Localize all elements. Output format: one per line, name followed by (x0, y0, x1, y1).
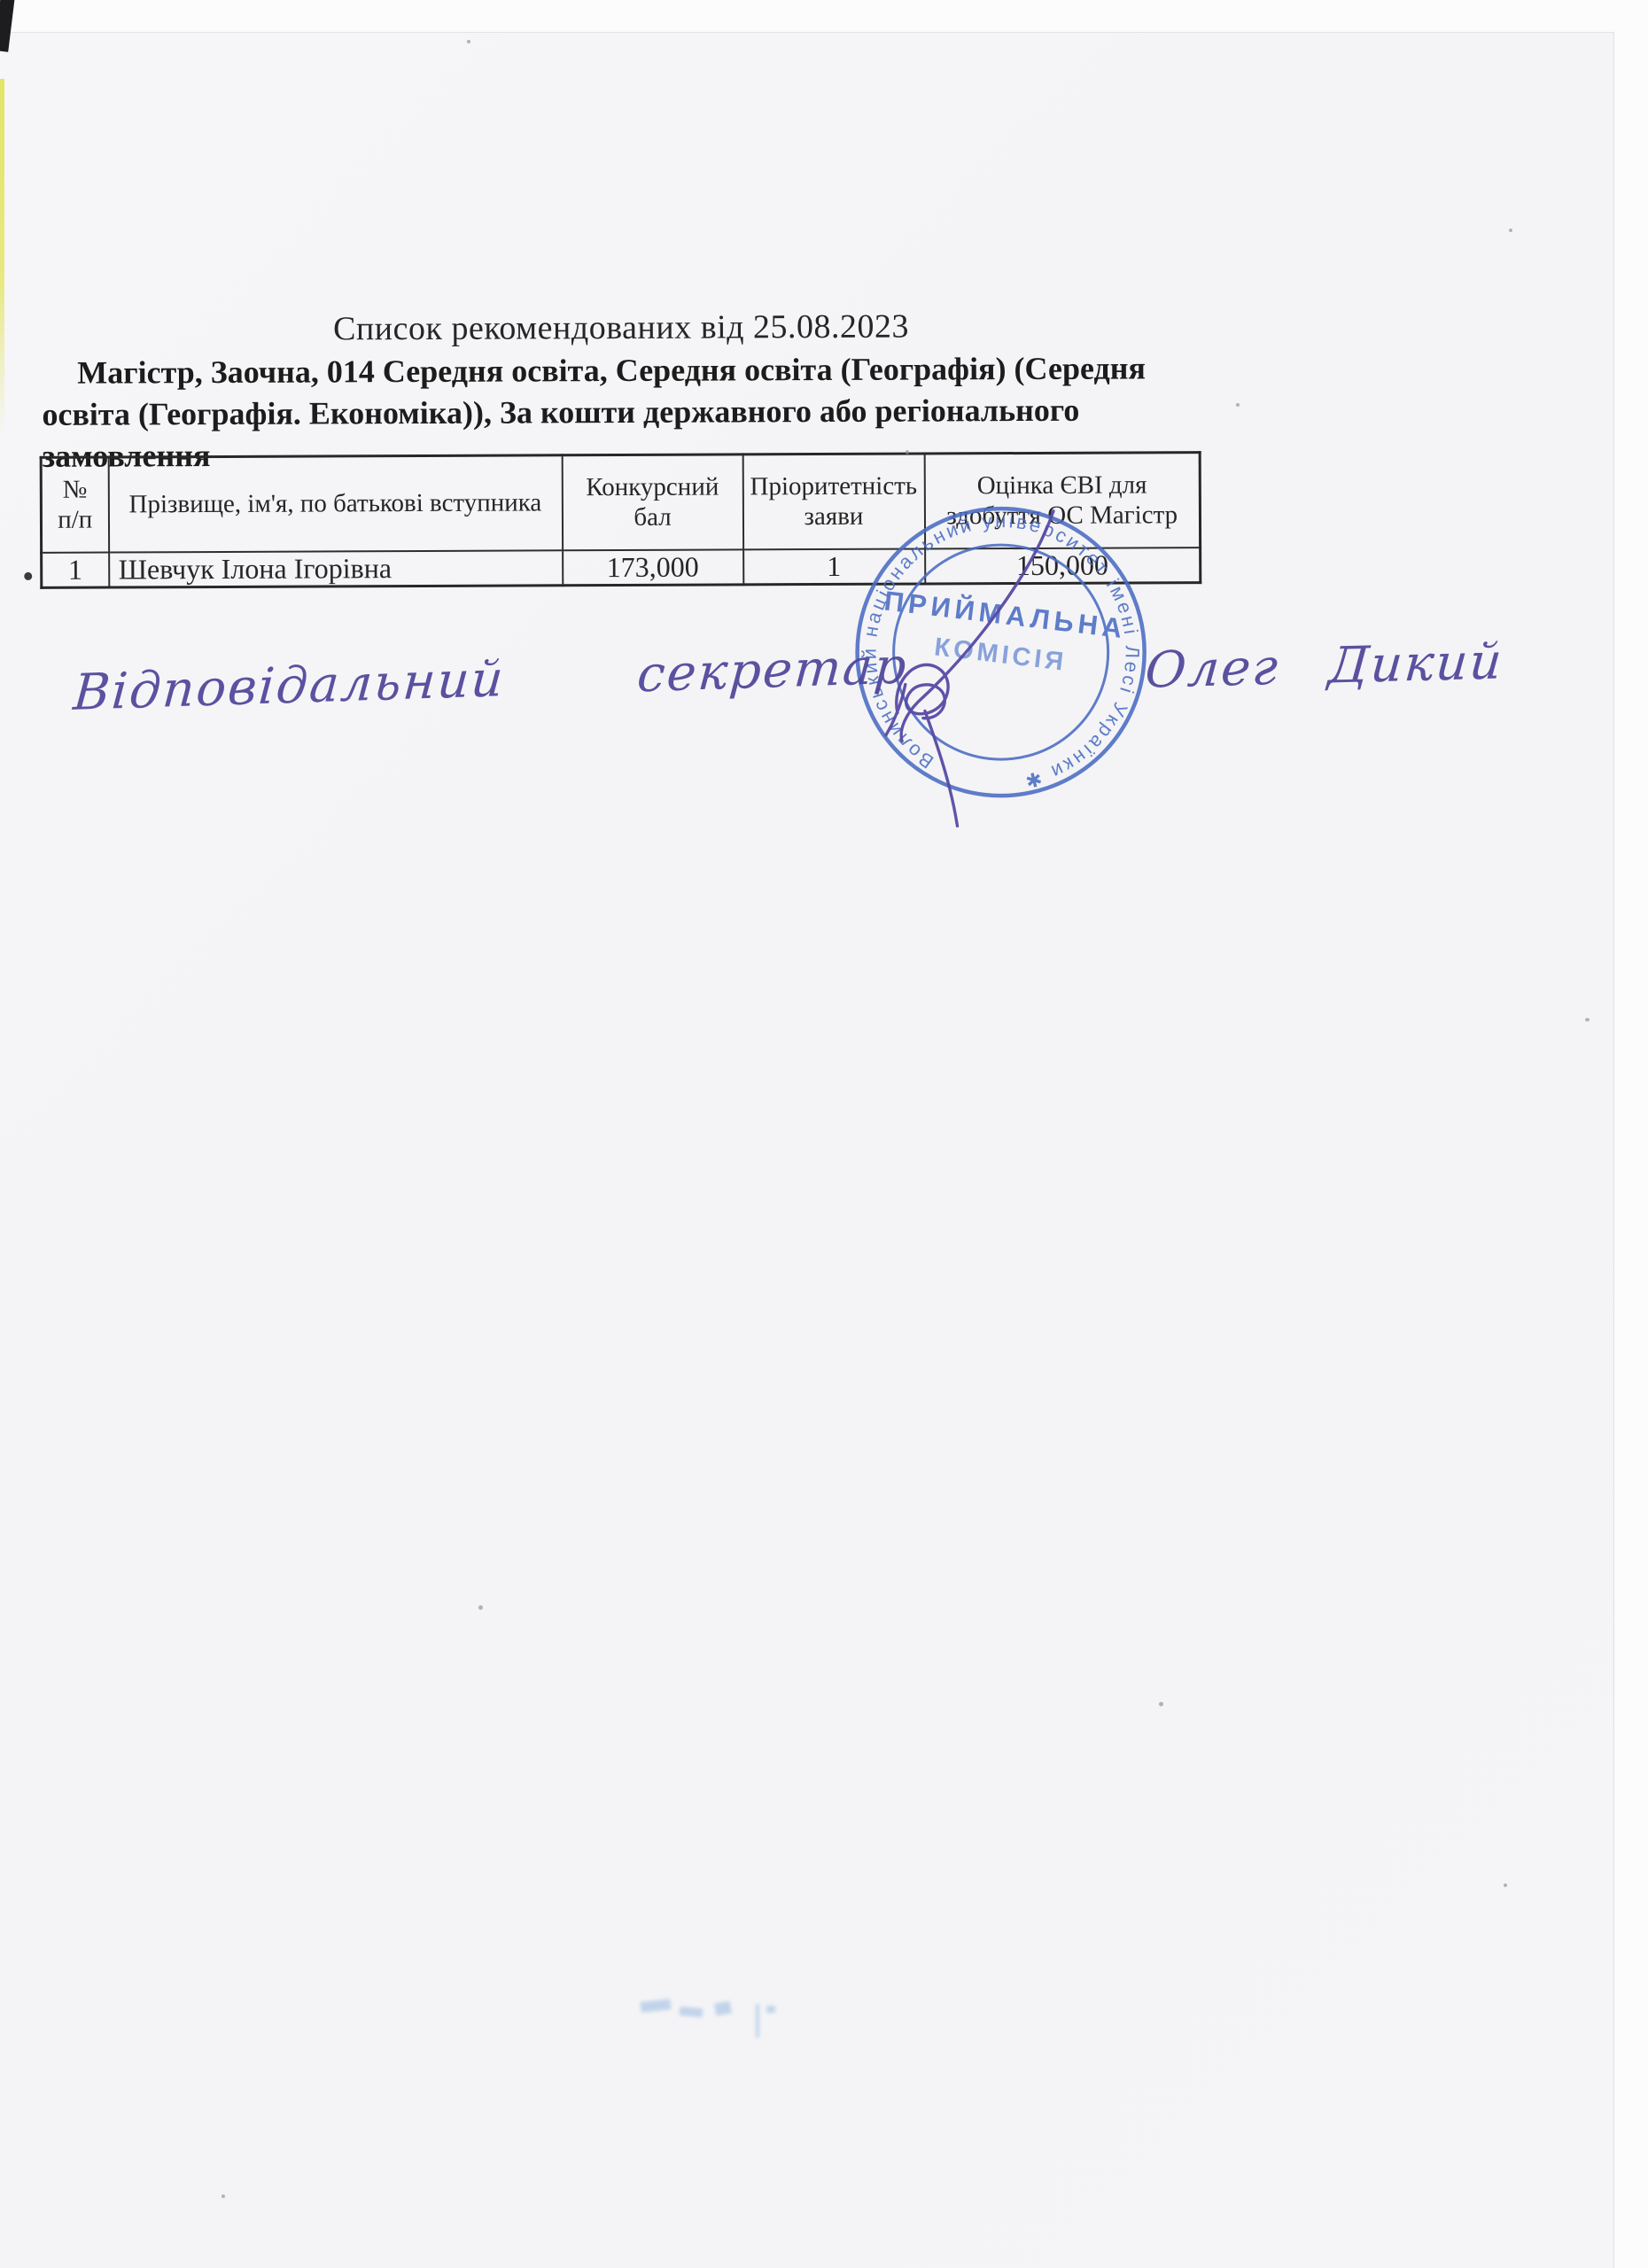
dust-speck (478, 1605, 483, 1610)
col-header-name-line1: Прізвище, ім'я, по батькові вступника (109, 488, 561, 520)
dust-speck (222, 2194, 225, 2198)
subtitle-line-1: Магістр, Заочна, 014 Середня освіта, Сер… (42, 347, 1229, 394)
dust-speck (1585, 1018, 1590, 1021)
dust-speck (1159, 1702, 1163, 1706)
cell-num: 1 (42, 552, 109, 587)
col-header-num-line1: № (43, 475, 108, 505)
scanned-document-page: { "page": { "title": "Список рекомендова… (0, 0, 1648, 2268)
col-header-score-line2: бал (563, 502, 742, 533)
cell-name: Шевчук Ілона Ігорівна (109, 550, 563, 587)
signature-stroke-tail (925, 711, 958, 826)
handwritten-name: Олег Дикий (1143, 633, 1505, 699)
document-content: Список рекомендованих від 25.08.2023 Маг… (0, 0, 1648, 2268)
dust-speck (1509, 229, 1512, 232)
col-header-num: № п/п (41, 457, 108, 552)
row-bullet-marker (24, 572, 32, 580)
document-title: Список рекомендованих від 25.08.2023 (41, 306, 1201, 350)
signature-stroke-diagonal (900, 511, 1054, 742)
subtitle-line-2: освіта (Географія. Економіка)), За кошти… (42, 389, 1229, 436)
dust-speck (1504, 1884, 1507, 1887)
col-header-score: Конкурсний бал (562, 454, 742, 550)
handwritten-role: Відповідальний секретар (72, 637, 910, 722)
dust-speck (906, 450, 909, 454)
col-header-name: Прізвище, ім'я, по батькові вступника (108, 455, 562, 552)
col-header-num-line2: п/п (43, 505, 108, 535)
cell-score: 173,000 (563, 549, 743, 585)
dust-speck (1236, 403, 1240, 407)
dust-speck (467, 40, 470, 43)
ink-bleed-mark (634, 1995, 793, 2048)
col-header-score-line1: Конкурсний (563, 472, 742, 503)
